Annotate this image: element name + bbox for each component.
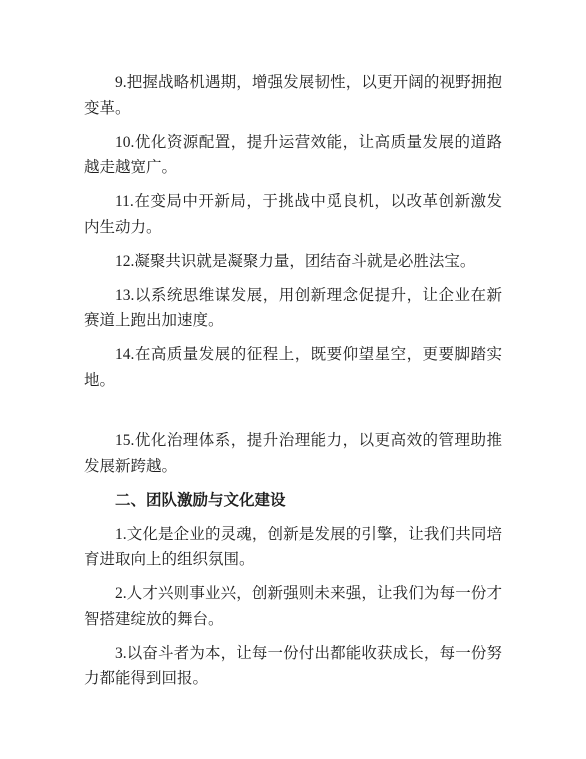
list-item-14: 14.在高质量发展的征程上，既要仰望星空，更要脚踏实地。	[84, 342, 502, 393]
empty-paragraph	[84, 402, 502, 420]
document-page: 9.把握战略机遇期，增强发展韧性，以更开阔的视野拥抱变革。 10.优化资源配置，…	[0, 0, 586, 759]
list-item-10: 10.优化资源配置，提升运营效能，让高质量发展的道路越走越宽广。	[84, 130, 502, 181]
item-text: 以系统思维谋发展，用创新理念促提升，让企业在新赛道上跑出加速度。	[84, 287, 502, 330]
list-item-3: 3.以奋斗者为本，让每一份付出都能收获成长，每一份努力都能得到回报。	[84, 641, 502, 692]
item-number: 1.	[115, 526, 127, 543]
item-text: 优化资源配置，提升运营效能，让高质量发展的道路越走越宽广。	[84, 134, 502, 177]
list-item-11: 11.在变局中开新局，于挑战中觅良机，以改革创新激发内生动力。	[84, 189, 502, 240]
item-number: 2.	[115, 585, 127, 602]
item-number: 13.	[115, 287, 134, 304]
list-item-15: 15.优化治理体系，提升治理能力，以更高效的管理助推发展新跨越。	[84, 428, 502, 479]
item-text: 把握战略机遇期，增强发展韧性，以更开阔的视野拥抱变革。	[84, 74, 502, 117]
item-text: 以奋斗者为本，让每一份付出都能收获成长，每一份努力都能得到回报。	[84, 645, 502, 688]
item-number: 3.	[115, 645, 127, 662]
item-text: 人才兴则事业兴，创新强则未来强，让我们为每一份才智搭建绽放的舞台。	[84, 585, 502, 628]
item-text: 优化治理体系，提升治理能力，以更高效的管理助推发展新跨越。	[84, 432, 502, 475]
item-number: 12.	[115, 253, 134, 270]
item-text: 在高质量发展的征程上，既要仰望星空，更要脚踏实地。	[84, 346, 502, 389]
list-item-9: 9.把握战略机遇期，增强发展韧性，以更开阔的视野拥抱变革。	[84, 70, 502, 121]
item-number: 11.	[115, 193, 134, 210]
item-text: 文化是企业的灵魂，创新是发展的引擎，让我们共同培育进取向上的组织氛围。	[84, 526, 502, 569]
list-item-12: 12.凝聚共识就是凝聚力量，团结奋斗就是必胜法宝。	[84, 249, 502, 275]
section-heading: 二、团队激励与文化建设	[84, 488, 502, 514]
item-text: 凝聚共识就是凝聚力量，团结奋斗就是必胜法宝。	[134, 253, 475, 270]
list-item-2: 2.人才兴则事业兴，创新强则未来强，让我们为每一份才智搭建绽放的舞台。	[84, 581, 502, 632]
list-item-13: 13.以系统思维谋发展，用创新理念促提升，让企业在新赛道上跑出加速度。	[84, 283, 502, 334]
item-number: 9.	[115, 74, 127, 91]
item-number: 15.	[115, 432, 134, 449]
item-text: 在变局中开新局，于挑战中觅良机，以改革创新激发内生动力。	[84, 193, 502, 236]
item-number: 14.	[115, 346, 134, 363]
item-number: 10.	[115, 134, 134, 151]
list-item-1: 1.文化是企业的灵魂，创新是发展的引擎，让我们共同培育进取向上的组织氛围。	[84, 522, 502, 573]
